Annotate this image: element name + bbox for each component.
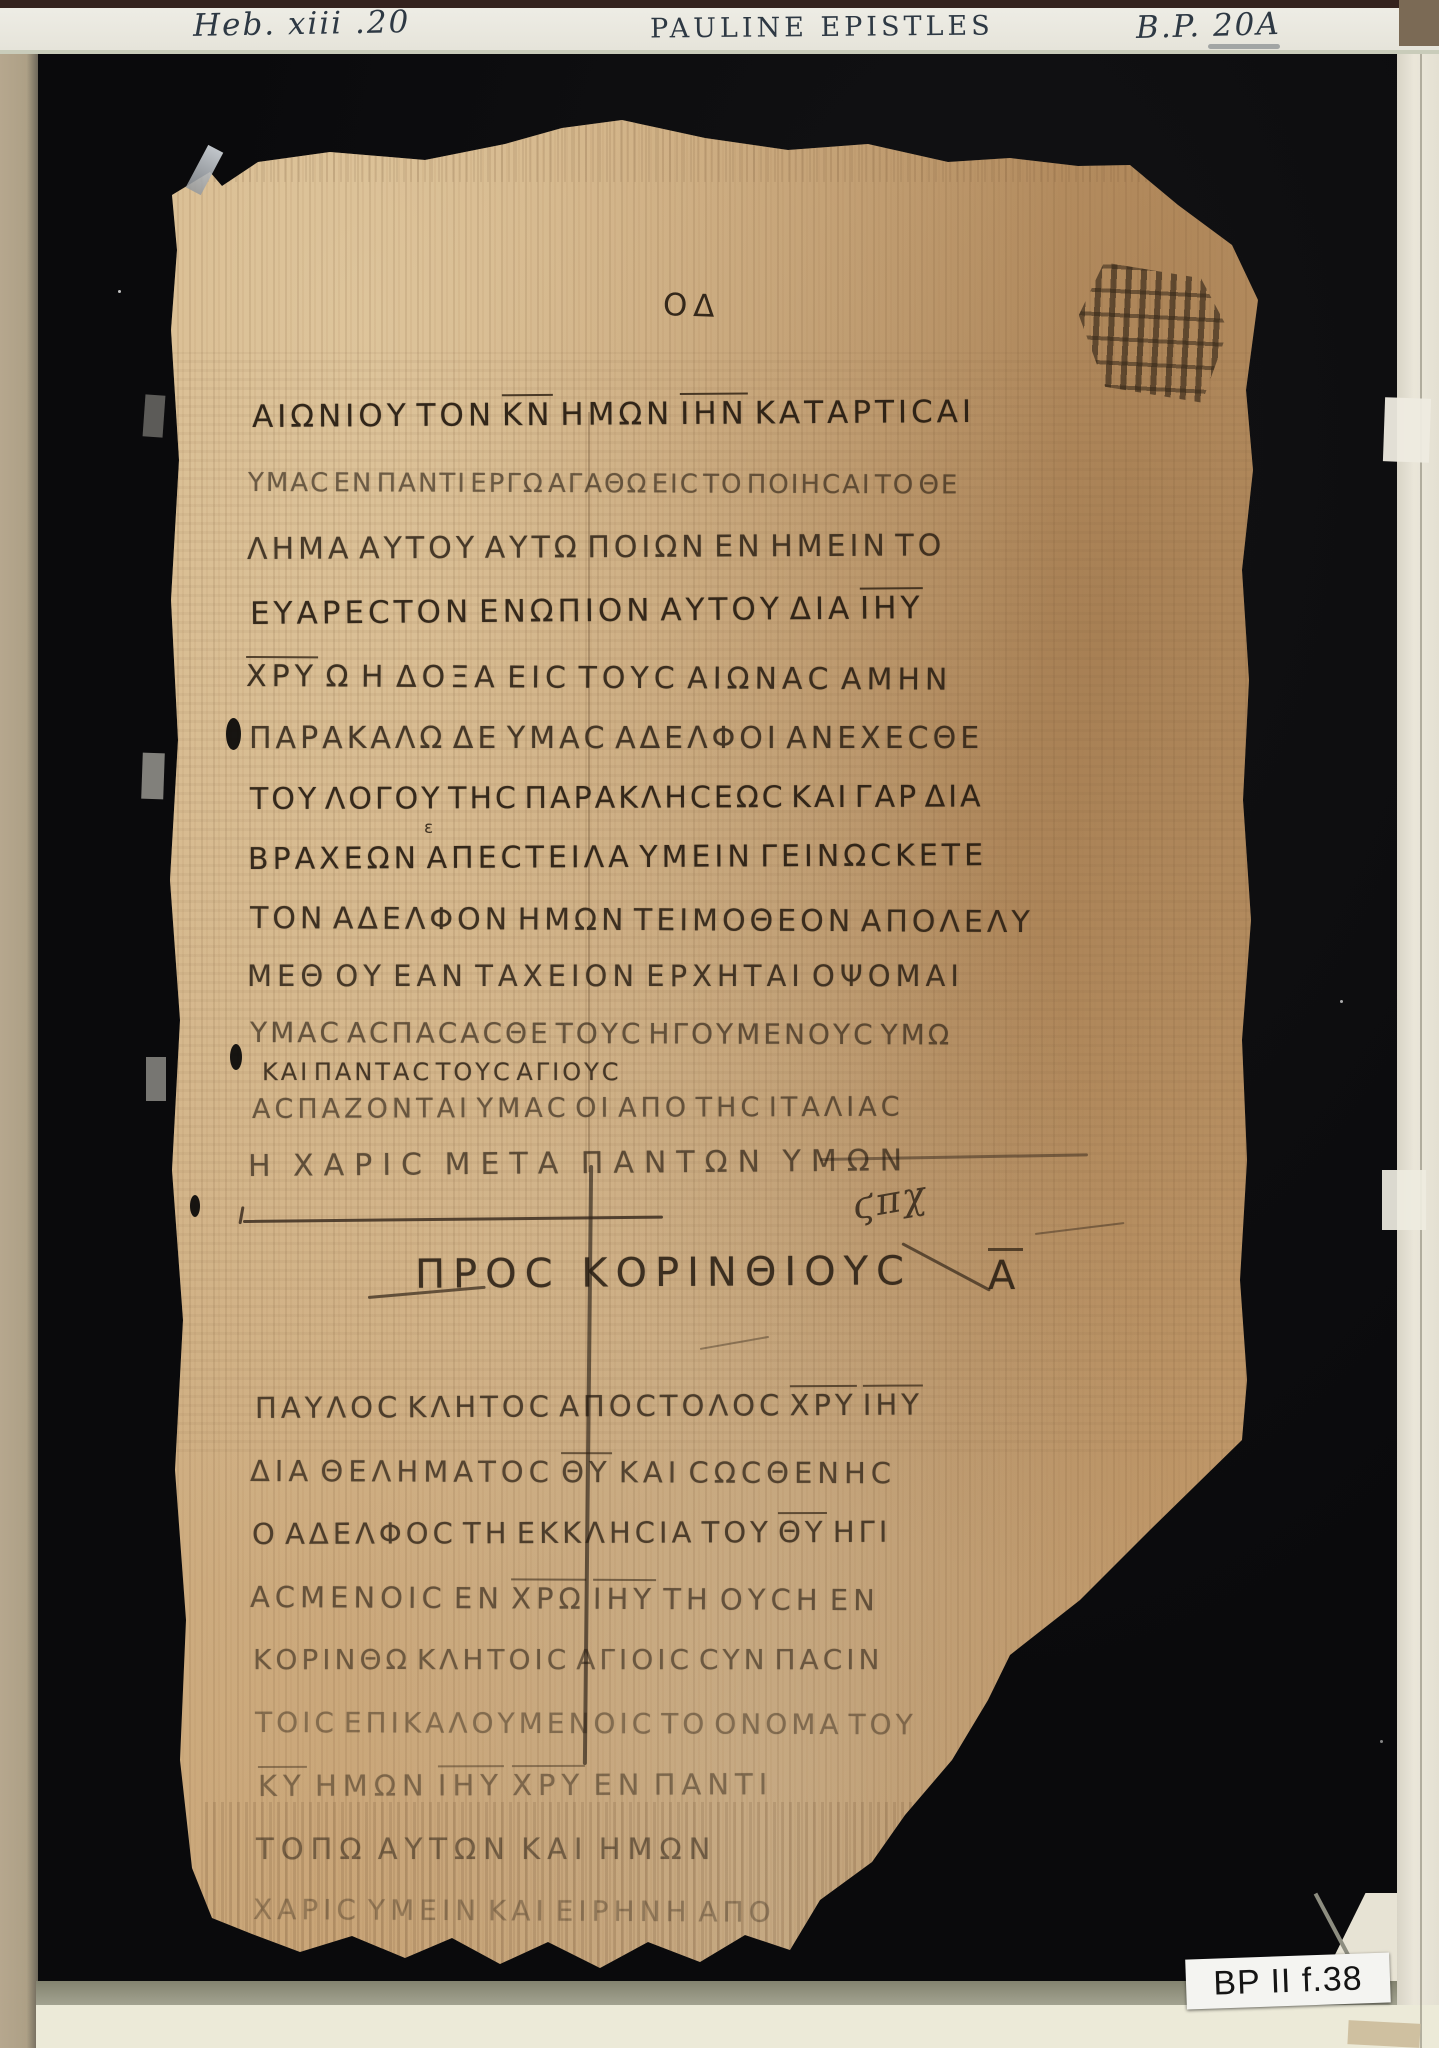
nomen-sacrum: ΧΡΥ: [512, 1765, 585, 1802]
line-text: ΛΗΜΑ ΑΥΤΟΥ ΑΥΤΩ ΠΟΙΩΝ ΕΝ ΗΜΕΙΝ ΤΟ: [247, 528, 946, 567]
corinthians-text-line: Ο ΑΔΕΛΦΟϹ ΤΗ ΕΚΚΛΗϹΙΑ ΤΟΥ ΘΥ ΗΓΙ: [252, 1515, 891, 1551]
corinthians-text-line: ΑϹΜΕΝΟΙϹ ΕΝ ΧΡΩ ΙΗΥ ΤΗ ΟΥϹΗ ΕΝ: [250, 1580, 880, 1617]
book-title-numeral: Α: [988, 1248, 1023, 1299]
line-text: ΗΜΩΝ: [553, 396, 680, 433]
nomen-sacrum: ΘΥ: [561, 1452, 612, 1489]
line-text: ΜΕΘ ΟΥ ΕΑΝ ΤΑΧΕΙΟΝ ΕΡΧΗΤΑΙ ΟΨΟΜΑΙ: [247, 959, 964, 993]
line-text: ΕΝ ΠΑΝΤΙ: [585, 1767, 773, 1802]
line-text: ΔΙΑ ΘΕΛΗΜΑΤΟϹ: [250, 1454, 561, 1489]
line-text: [504, 1768, 512, 1802]
corinthians-text-line: ΚΥ ΗΜΩΝ ΙΗΥ ΧΡΥ ΕΝ ΠΑΝΤΙ: [258, 1767, 773, 1803]
hebrews-text-line: ΚΑΙ ΠΑΝΤΑϹ ΤΟΥϹ ΑΓΙΟΥϹ: [262, 1058, 622, 1086]
nomen-sacrum: ΧΡΥ: [246, 656, 318, 694]
linen-border-right: [1397, 0, 1439, 2048]
hebrews-text-line: ΜΕΘ ΟΥ ΕΑΝ ΤΑΧΕΙΟΝ ΕΡΧΗΤΑΙ ΟΨΟΜΑΙ: [247, 959, 964, 993]
nomen-sacrum: ΙΗΥ: [860, 587, 924, 627]
papyrus-hole: [226, 718, 241, 750]
nomen-sacrum: ΚΥ: [258, 1766, 307, 1803]
book-title-pros-korinthious: ΠΡΟϹ ΚΟΡΙΝΘΙΟΥϹ: [415, 1248, 912, 1297]
line-text: ΚΑΤΑΡΤΙϹΑΙ: [748, 394, 976, 432]
catalogue-label: BP II f.38: [1185, 1952, 1391, 2009]
nomen-sacrum: ΧΡΥ: [789, 1385, 856, 1422]
hebrews-text-line: ΥΜΑϹ ΑϹΠΑϹΑϹΘΕ ΤΟΥϹ ΗΓΟΥΜΕΝΟΥϹ ΥΜΩ: [250, 1016, 952, 1051]
line-text: ΚΑΙ ΠΑΝΤΑϹ ΤΟΥϹ ΑΓΙΟΥϹ: [262, 1058, 622, 1086]
line-text: Ο ΑΔΕΛΦΟϹ ΤΗ ΕΚΚΛΗϹΙΑ ΤΟΥ: [252, 1515, 778, 1551]
mounting-tape: [1382, 1170, 1426, 1230]
hebrews-text-line: ΧΡΥ Ω Η ΔΟΞΑ ΕΙϹ ΤΟΥϹ ΑΙΩΝΑϹ ΑΜΗΝ: [246, 659, 953, 698]
line-text: ΤΟΠΩ ΑΥΤΩΝ ΚΑΙ ΗΜΩΝ: [256, 1832, 717, 1866]
line-text: ΗΜΩΝ: [307, 1768, 438, 1802]
interlinear-correction: ε: [424, 818, 433, 838]
line-text: ΠΑΡΑΚΑΛΩ ΔΕ ΥΜΑϹ ΑΔΕΛΦΟΙ ΑΝΕΧΕϹΘΕ: [249, 721, 983, 756]
hebrews-text-line: ΠΑΡΑΚΑΛΩ ΔΕ ΥΜΑϹ ΑΔΕΛΦΟΙ ΑΝΕΧΕϹΘΕ: [249, 721, 983, 756]
catalogue-label-text: BP II f.38: [1213, 1959, 1364, 2003]
line-text: ΤΗ ΟΥϹΗ ΕΝ: [656, 1582, 880, 1617]
papyrus-hole: [190, 1195, 200, 1217]
hebrews-text-line: ΑΙΩΝΙΟΥ ΤΟΝ ΚΝ ΗΜΩΝ ΙΗΝ ΚΑΤΑΡΤΙϹΑΙ: [252, 394, 975, 435]
line-text: ΑϹΠΑΖΟΝΤΑΙ ΥΜΑϹ ΟΙ ΑΠΟ ΤΗϹ ΙΤΑΛΙΑϹ: [252, 1092, 904, 1125]
papyrus-fragment: ΟΔ ε ϛπχ ΠΡΟϹ ΚΟΡΙΝΘΙΟΥϹ Α ΑΙΩΝΙΟΥ ΤΟΝ Κ…: [165, 112, 1265, 1981]
corinthians-text-line: ΔΙΑ ΘΕΛΗΜΑΤΟϹ ΘΥ ΚΑΙ ϹΩϹΘΕΝΗϹ: [250, 1454, 896, 1490]
nomen-sacrum: ΙΗΥ: [863, 1385, 923, 1422]
annotation-bp-20a: B.P. 20A: [1136, 6, 1282, 46]
line-text: ΧΑΡΙϹ ΥΜΕΙΝ ΚΑΙ ΕΙΡΗΝΗ ΑΠΟ: [253, 1893, 776, 1929]
mounting-tape: [146, 1057, 166, 1101]
annotation-heb-xiii-20: Heb. xiii .20: [193, 4, 411, 44]
page-number-greek: ΟΔ: [662, 287, 721, 325]
corinthians-text-line: ΚΟΡΙΝΘΩ ΚΛΗΤΟΙϹ ΑΓΙΟΙϹ ϹΥΝ ΠΑϹΙΝ: [253, 1643, 883, 1676]
nomen-sacrum: ΙΗΥ: [593, 1579, 656, 1616]
line-text: ΚΑΙ ϹΩϹΘΕΝΗϹ: [612, 1455, 897, 1490]
tape-fragment: [1347, 2020, 1420, 2048]
mounting-tape: [141, 753, 165, 800]
line-text: ΕΥΑΡΕϹΤΟΝ ΕΝΩΠΙΟΝ ΑΥΤΟΥ ΔΙΑ: [250, 591, 860, 632]
line-text: ΑΙΩΝΙΟΥ ΤΟΝ: [252, 397, 502, 435]
mounting-tape: [1383, 397, 1431, 463]
papyrus-hole: [230, 1044, 242, 1070]
corinthians-text-line: ΤΟΠΩ ΑΥΤΩΝ ΚΑΙ ΗΜΩΝ: [256, 1832, 717, 1866]
line-text: [586, 1582, 593, 1616]
hebrews-text-line: ΥΜΑϹ ΕΝ ΠΑΝΤΙ ΕΡΓΩ ΑΓΑΘΩ ΕΙϹ ΤΟ ΠΟΙΗϹΑΙ …: [248, 468, 959, 500]
line-text: ΤΟΥ ΛΟΓΟΥ ΤΗϹ ΠΑΡΑΚΛΗϹΕΩϹ ΚΑΙ ΓΑΡ ΔΙΑ: [250, 779, 984, 817]
nomen-sacrum: ΙΗΥ: [438, 1765, 504, 1802]
mounting-tape: [143, 394, 166, 437]
line-text: ΚΟΡΙΝΘΩ ΚΛΗΤΟΙϹ ΑΓΙΟΙϹ ϹΥΝ ΠΑϹΙΝ: [253, 1643, 883, 1676]
nomen-sacrum: ΘΥ: [778, 1512, 827, 1549]
nomen-sacrum: ΧΡΩ: [511, 1578, 586, 1615]
dust-specks: [118, 290, 121, 293]
line-text: ΥΜΑϹ ΕΝ ΠΑΝΤΙ ΕΡΓΩ ΑΓΑΘΩ ΕΙϹ ΤΟ ΠΟΙΗϹΑΙ …: [248, 468, 959, 500]
hebrews-text-line: ΑϹΠΑΖΟΝΤΑΙ ΥΜΑϹ ΟΙ ΑΠΟ ΤΗϹ ΙΤΑΛΙΑϹ: [252, 1092, 904, 1125]
nomen-sacrum: ΙΗΝ: [680, 393, 748, 432]
hebrews-text-line: ΛΗΜΑ ΑΥΤΟΥ ΑΥΤΩ ΠΟΙΩΝ ΕΝ ΗΜΕΙΝ ΤΟ: [247, 528, 946, 567]
mount-board-edge-left: [0, 0, 38, 2048]
corinthians-text-line: ΤΟΙϹ ΕΠΙΚΑΛΟΥΜΕΝΟΙϹ ΤΟ ΟΝΟΜΑ ΤΟΥ: [255, 1706, 917, 1741]
line-text: ΑϹΜΕΝΟΙϹ ΕΝ: [250, 1580, 511, 1615]
corinthians-text-line: ΠΑΥΛΟϹ ΚΛΗΤΟϹ ΑΠΟϹΤΟΛΟϹ ΧΡΥ ΙΗΥ: [255, 1388, 923, 1425]
line-text: ΗΓΙ: [827, 1515, 892, 1549]
line-text: ΒΡΑΧΕΩΝ ΑΠΕϹΤΕΙΛΑ ΥΜΕΙΝ ΓΕΙΝΩϹΚΕΤΕ: [248, 838, 987, 877]
nomen-sacrum: ΚΝ: [502, 394, 554, 433]
hebrews-text-line: ΕΥΑΡΕϹΤΟΝ ΕΝΩΠΙΟΝ ΑΥΤΟΥ ΔΙΑ ΙΗΥ: [250, 590, 924, 632]
hebrews-text-line: ΤΟΥ ΛΟΓΟΥ ΤΗϹ ΠΑΡΑΚΛΗϹΕΩϹ ΚΑΙ ΓΑΡ ΔΙΑ: [250, 779, 984, 817]
annotation-pauline-epistles: PAULINE EPISTLES: [650, 11, 994, 45]
hebrews-text-line: Η ΧΑΡΙϹ ΜΕΤΑ ΠΑΝΤΩΝ ΥΜΩΝ: [248, 1143, 912, 1184]
linen-border-seam: [1420, 0, 1422, 2048]
line-text: ΠΑΥΛΟϹ ΚΛΗΤΟϹ ΑΠΟϹΤΟΛΟϹ: [255, 1388, 790, 1425]
line-text: Ω Η ΔΟΞΑ ΕΙϹ ΤΟΥϹ ΑΙΩΝΑϹ ΑΜΗΝ: [318, 659, 953, 697]
black-mount: ΟΔ ε ϛπχ ΠΡΟϹ ΚΟΡΙΝΘΙΟΥϹ Α ΑΙΩΝΙΟΥ ΤΟΝ Κ…: [36, 50, 1397, 1981]
manuscript-photo: ΟΔ ε ϛπχ ΠΡΟϹ ΚΟΡΙΝΘΙΟΥϹ Α ΑΙΩΝΙΟΥ ΤΟΝ Κ…: [0, 0, 1439, 2048]
line-text: Η ΧΑΡΙϹ ΜΕΤΑ ΠΑΝΤΩΝ ΥΜΩΝ: [248, 1143, 912, 1184]
top-right-corner-patch: [1399, 0, 1439, 46]
line-text: ΥΜΑϹ ΑϹΠΑϹΑϹΘΕ ΤΟΥϹ ΗΓΟΥΜΕΝΟΥϹ ΥΜΩ: [250, 1016, 952, 1051]
line-text: ΤΟΝ ΑΔΕΛΦΟΝ ΗΜΩΝ ΤΕΙΜΟΘΕΟΝ ΑΠΟΛΕΛΥ: [250, 901, 1034, 940]
hebrews-text-line: ΤΟΝ ΑΔΕΛΦΟΝ ΗΜΩΝ ΤΕΙΜΟΘΕΟΝ ΑΠΟΛΕΛΥ: [250, 901, 1034, 940]
papyrus-bottom-fringe: [205, 1802, 1165, 1981]
hebrews-text-line: ΒΡΑΧΕΩΝ ΑΠΕϹΤΕΙΛΑ ΥΜΕΙΝ ΓΕΙΝΩϹΚΕΤΕ: [248, 838, 987, 877]
corinthians-text-line: ΧΑΡΙϹ ΥΜΕΙΝ ΚΑΙ ΕΙΡΗΝΗ ΑΠΟ: [253, 1893, 776, 1929]
line-text: ΤΟΙϹ ΕΠΙΚΑΛΟΥΜΕΝΟΙϹ ΤΟ ΟΝΟΜΑ ΤΟΥ: [255, 1706, 917, 1741]
papyrus-top-fringe: [165, 112, 1225, 182]
linen-border-bottom: [36, 2005, 1439, 2048]
ink-smear: [1208, 44, 1280, 49]
